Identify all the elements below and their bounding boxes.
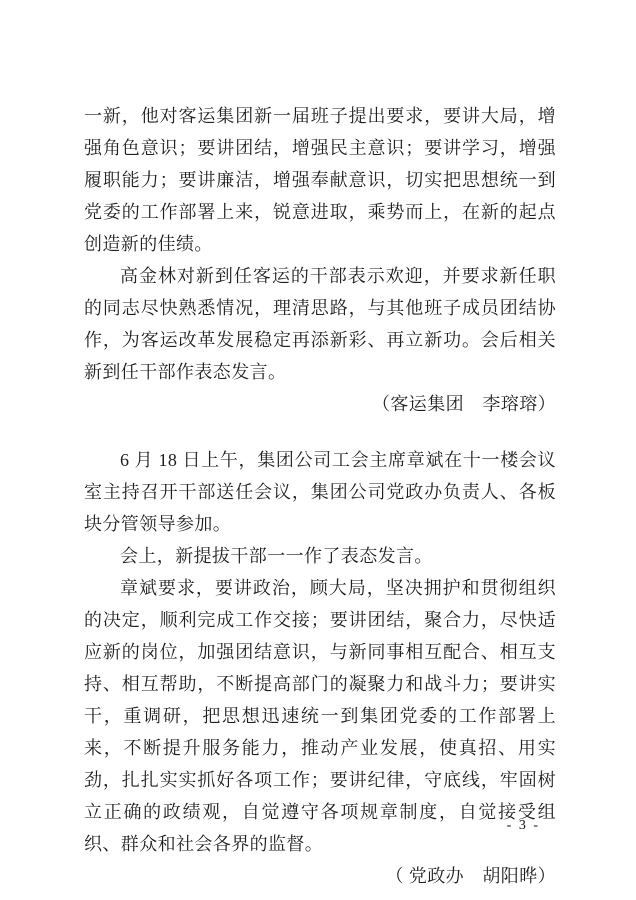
article-byline: （ 党政办 胡阳晔）	[84, 860, 556, 892]
document-page: 一新，他对客运集团新一届班子提出要求，要讲大局，增强角色意识；要讲团结，增强民主…	[0, 0, 636, 900]
article-1: 一新，他对客运集团新一届班子提出要求，要讲大局，增强角色意识；要讲团结，增强民主…	[84, 100, 556, 420]
page-number: - 3 -	[507, 818, 540, 834]
paragraph: 章斌要求，要讲政治，顾大局，坚决拥护和贯彻组织的决定，顺利完成工作交接；要讲团结…	[84, 572, 556, 860]
paragraph: 6 月 18 日上午，集团公司工会主席章斌在十一楼会议室主持召开干部送任会议，集…	[84, 444, 556, 540]
paragraph: 会上，新提拔干部一一作了表态发言。	[84, 540, 556, 572]
paragraph-continuation: 一新，他对客运集团新一届班子提出要求，要讲大局，增强角色意识；要讲团结，增强民主…	[84, 100, 556, 260]
section-spacer	[84, 420, 556, 444]
paragraph: 高金林对新到任客运的干部表示欢迎，并要求新任职的同志尽快熟悉情况，理清思路，与其…	[84, 260, 556, 388]
article-byline: （客运集团 李瑢瑢）	[84, 388, 556, 420]
document-body: 一新，他对客运集团新一届班子提出要求，要讲大局，增强角色意识；要讲团结，增强民主…	[84, 100, 556, 892]
article-2: 6 月 18 日上午，集团公司工会主席章斌在十一楼会议室主持召开干部送任会议，集…	[84, 444, 556, 892]
